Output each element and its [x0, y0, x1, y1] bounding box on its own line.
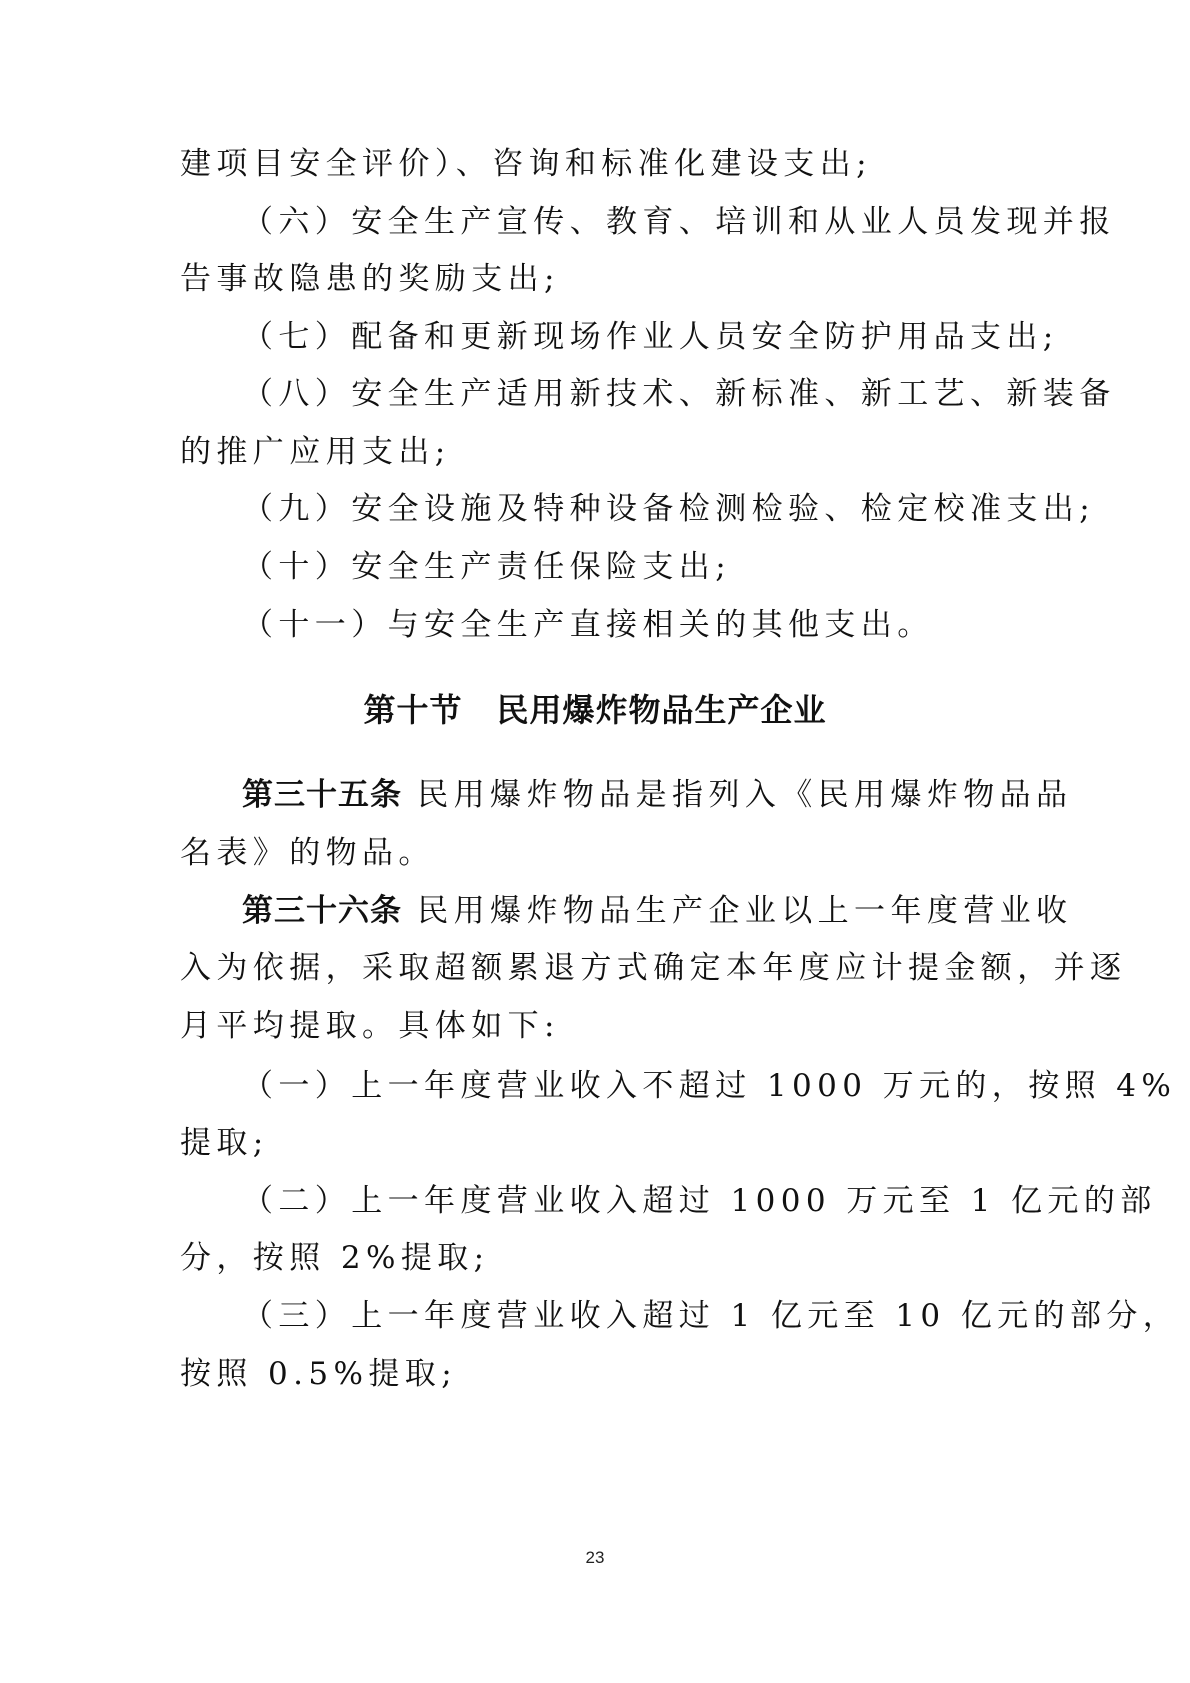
article-35-line1: 第三十五条 民用爆炸物品是指列入《民用爆炸物品品 [242, 775, 1010, 815]
list-item-line: 提取; [180, 1123, 1010, 1163]
text-line: （九）安全设施及特种设备检测检验、检定校准支出; [242, 489, 1072, 529]
text-line: （六）安全生产宣传、教育、培训和从业人员发现并报 [242, 202, 1010, 242]
text-line: 名表》的物品。 [180, 833, 1010, 873]
text-line: 入为依据，采取超额累退方式确定本年度应计提金额，并逐 [180, 948, 1010, 988]
article-label: 第三十六条 [242, 893, 402, 929]
text-line: （十）安全生产责任保险支出; [242, 547, 1072, 587]
text-line: 的推广应用支出; [180, 432, 1010, 472]
text-line: 告事故隐患的奖励支出; [180, 259, 1010, 299]
text-line: （八）安全生产适用新技术、新标准、新工艺、新装备 [242, 374, 1010, 414]
text-line: 建项目安全评价）、咨询和标准化建设支出; [180, 144, 1010, 184]
text-line: （七）配备和更新现场作业人员安全防护用品支出; [242, 317, 1072, 357]
section-heading: 第十节民用爆炸物品生产企业 [0, 690, 1190, 730]
article-text: 民用爆炸物品生产企业以上一年度营业收 [402, 893, 1072, 929]
article-36-line1: 第三十六条 民用爆炸物品生产企业以上一年度营业收 [242, 891, 1010, 931]
list-item-line: 分，按照 2%提取; [180, 1238, 1010, 1278]
list-item-line: （二）上一年度营业收入超过 1000 万元至 1 亿元的部 [242, 1181, 1010, 1221]
list-item-line: 按照 0.5%提取; [180, 1354, 1010, 1394]
document-page: 建项目安全评价）、咨询和标准化建设支出; （六）安全生产宣传、教育、培训和从业人… [0, 0, 1190, 1683]
article-label: 第三十五条 [242, 777, 402, 813]
text-line: 月平均提取。具体如下: [180, 1006, 1010, 1046]
list-item-line: （一）上一年度营业收入不超过 1000 万元的，按照 4% [242, 1066, 1010, 1106]
section-title: 民用爆炸物品生产企业 [497, 691, 827, 729]
text-line: （十一）与安全生产直接相关的其他支出。 [242, 605, 1072, 645]
list-item-line: （三）上一年度营业收入超过 1 亿元至 10 亿元的部分， [242, 1296, 1010, 1336]
page-number: 23 [0, 1548, 1190, 1568]
section-number: 第十节 [363, 691, 462, 729]
article-text: 民用爆炸物品是指列入《民用爆炸物品品 [402, 777, 1072, 813]
